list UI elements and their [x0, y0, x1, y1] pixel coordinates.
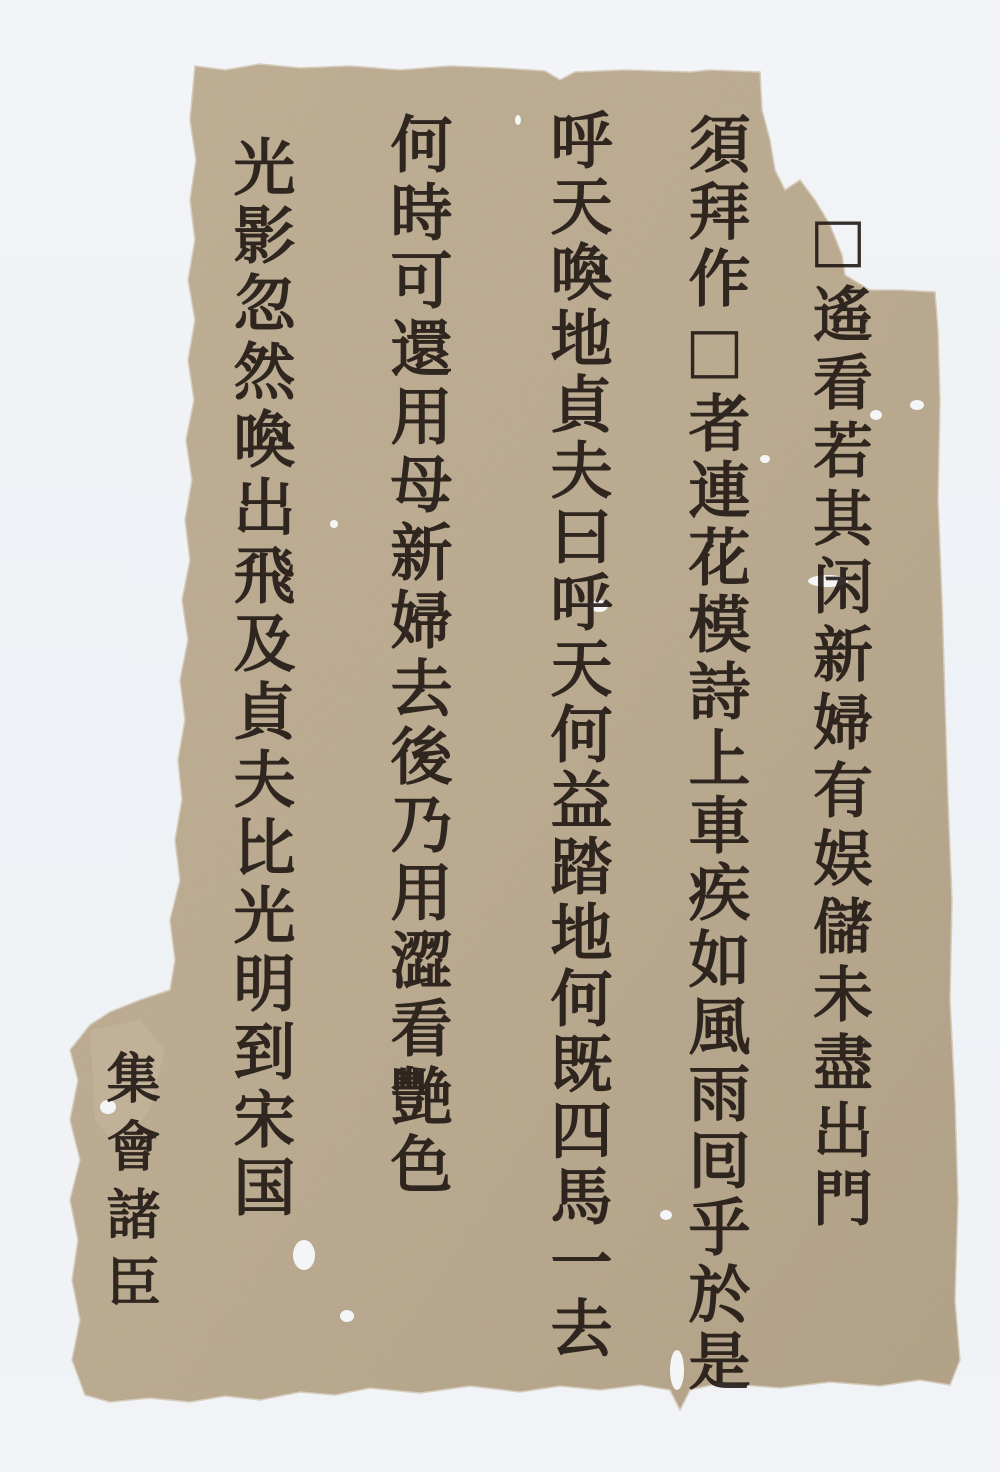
paper-hole: [330, 520, 338, 528]
text-column-2: 須拜作□者連花模詩上車疾如風雨囘乎於是: [683, 112, 745, 1396]
text-column-6: 集會諸臣: [103, 1050, 157, 1322]
paper-hole: [760, 455, 770, 463]
paper-hole: [910, 400, 924, 410]
text-column-5: 光影忽然喚出飛及貞夫比光明到宋国: [228, 135, 290, 1223]
paper-hole: [293, 1240, 315, 1270]
text-column-4: 何時可還用母新婦去後乃用澀看艷色: [385, 112, 447, 1200]
paper-hole: [515, 115, 521, 125]
paper-hole: [660, 1210, 672, 1220]
text-column-3: 呼天喚地貞夫曰呼天何益踏地何既四馬一去: [545, 108, 607, 1362]
text-column-1: □遙看若其闲新婦有娱儲未盡出門: [808, 205, 868, 1235]
paper-hole: [340, 1310, 354, 1322]
